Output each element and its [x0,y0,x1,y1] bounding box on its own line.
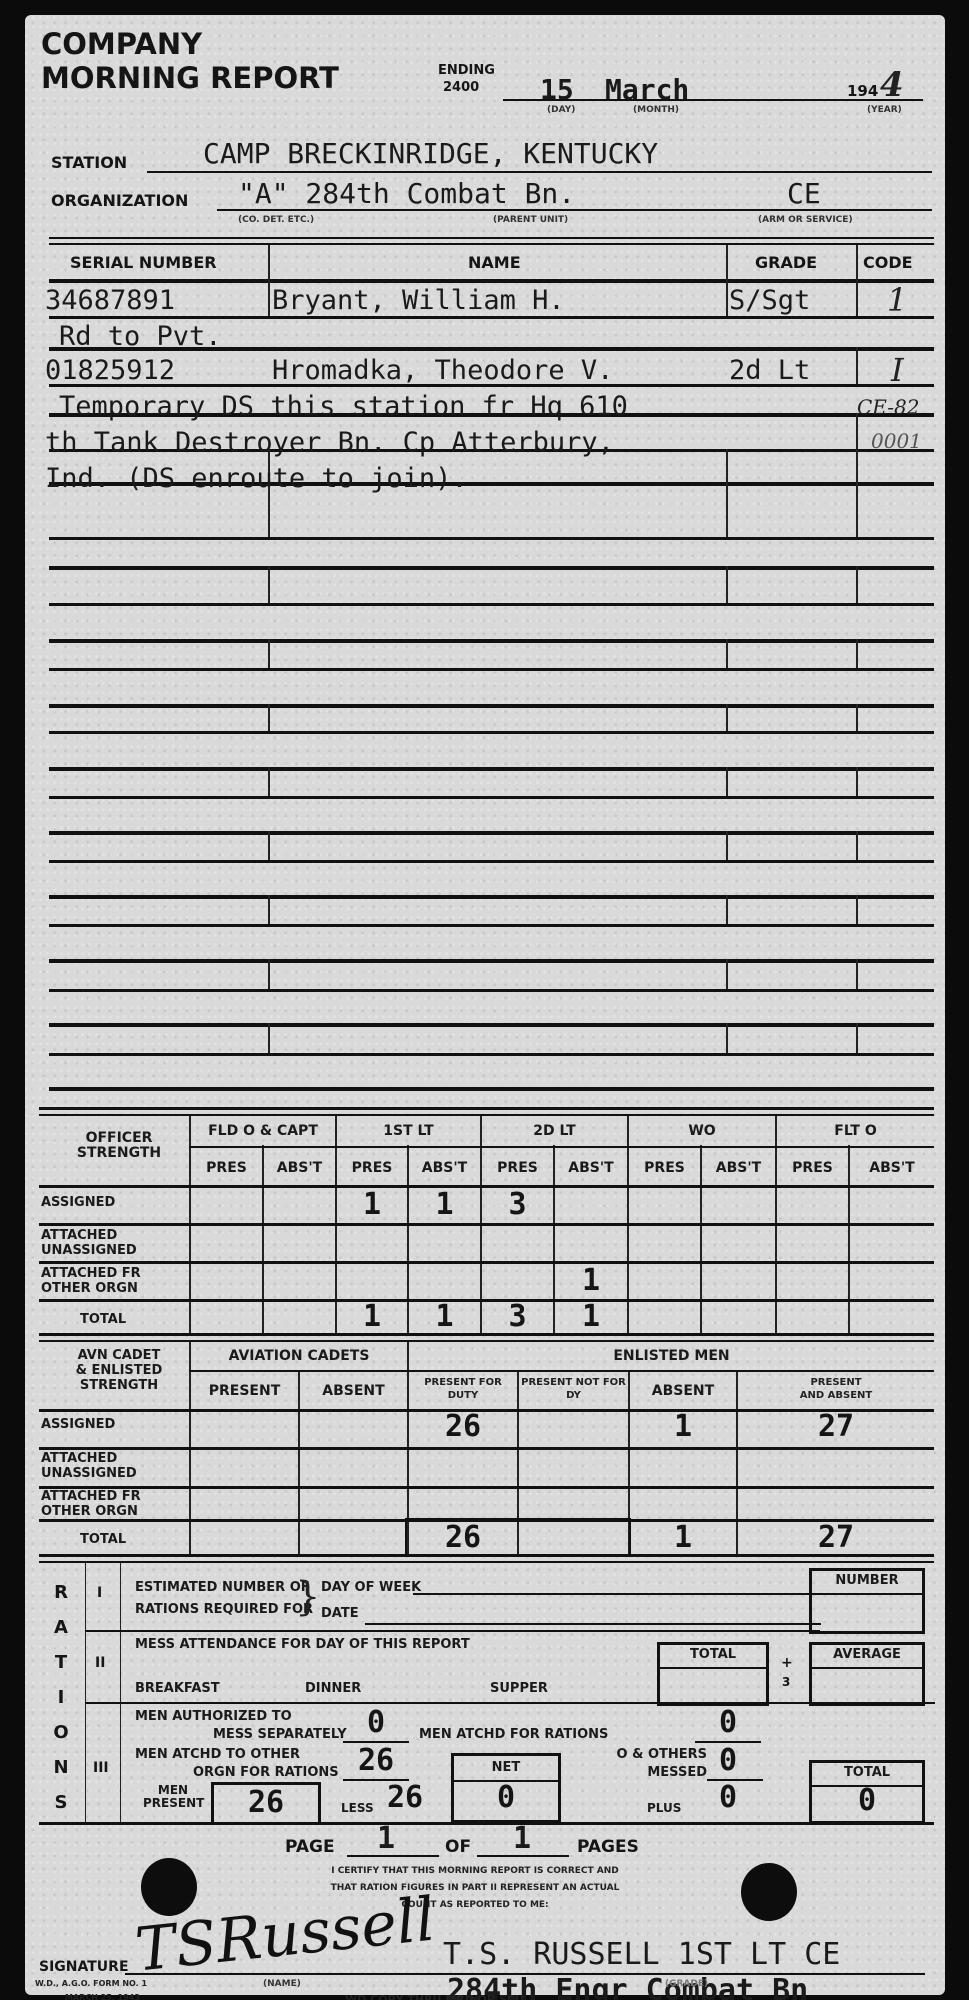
net-label: NET [454,1760,558,1775]
of-label: OF [445,1837,471,1857]
day-of-week-field[interactable] [413,1593,821,1595]
caption-arm: (ARM OR SERVICE) [758,215,853,225]
total-box: TOTAL 0 [809,1760,925,1824]
officer-sub-abst: ABS'T [850,1160,934,1176]
part-iii-label: III [93,1760,109,1776]
of-value: 1 [513,1821,531,1856]
rule [49,704,934,708]
divider [856,245,858,279]
rule [49,566,934,570]
divider [856,639,858,668]
col-cadets-present: PRESENT [191,1383,298,1399]
divider [726,831,728,860]
side-letter: S [51,1785,71,1820]
men-authorized-label-1: MEN AUTHORIZED TO [135,1709,292,1724]
plus-label: PLUS [647,1801,681,1816]
enlisted-assigned-absent: 1 [630,1409,736,1444]
divider [726,704,728,731]
men-present-label: MEN PRESENT [143,1784,203,1810]
entry-2-remark-1: Temporary DS this station fr Hq 610 [59,391,628,422]
group-enlisted-men: ENLISTED MEN [409,1348,934,1364]
divider [856,279,858,316]
divider [726,449,728,537]
divider [856,895,858,924]
year-prefix: 194 [847,82,878,100]
caption-grade: (GRADE) [665,1979,708,1989]
pages-label: PAGES [577,1837,639,1857]
divider [726,1023,728,1053]
rations-top-rule [39,1561,934,1563]
rule [49,860,934,863]
station-value: CAMP BRECKINRIDGE, KENTUCKY [203,137,658,170]
enlisted-title-2: & ENLISTED [49,1363,189,1378]
rule [49,1087,934,1091]
officer-attached-2dlt-abst: 1 [555,1263,627,1298]
certify-line-1: I CERTIFY THAT THIS MORNING REPORT IS CO… [225,1863,725,1880]
divider [726,279,728,316]
officer-assigned-2dlt-pres: 3 [482,1187,553,1222]
entry-2-name: Hromadka, Theodore V. [272,355,613,386]
rule [39,1447,934,1450]
o-others-value: 0 [695,1743,761,1778]
divider [726,767,728,796]
men-present-value: 26 [214,1785,318,1820]
officer-group-fld-capt: FLD O & CAPT [191,1123,335,1139]
officer-row-assigned: ASSIGNED [41,1195,115,1210]
rule [49,959,934,963]
dinner-label: DINNER [305,1681,361,1696]
net-value: 0 [454,1780,558,1815]
divider [856,831,858,860]
men-authorized-value: 0 [343,1705,409,1740]
entry-2-code: I [891,351,904,389]
officer-assigned-1stlt-pres: 1 [337,1187,407,1222]
brace-icon: } [295,1573,320,1621]
entry-1-code: 1 [887,281,907,319]
officer-total-2dlt-abst: 1 [555,1299,627,1334]
officer-sub-abst: ABS'T [555,1160,627,1176]
mess-attendance-label: MESS ATTENDANCE FOR DAY OF THIS REPORT [135,1637,470,1652]
enlisted-total-present-duty: 26 [409,1520,517,1555]
average-box[interactable]: AVERAGE [809,1642,925,1706]
side-letter: A [51,1610,71,1645]
plus-sign: + [781,1655,793,1671]
number-box[interactable]: NUMBER [809,1568,925,1634]
supper-label: SUPPER [490,1681,548,1696]
header-serial-number: SERIAL NUMBER [70,253,217,272]
entries-top-rule-2 [49,243,934,245]
rule [189,1146,934,1148]
rule [49,831,934,835]
o-others-label-1: O & OTHERS [597,1747,707,1762]
rule [49,603,934,606]
date-field[interactable] [365,1623,821,1625]
officer-group-wo: WO [629,1123,775,1139]
enlisted-assigned-present-duty: 26 [409,1409,517,1444]
side-letter: T [51,1645,71,1680]
rule [49,279,934,283]
wd-copy-note: WD COPY THRU MRU OR SCU [345,1993,524,2000]
certify-line-2: THAT RATION FIGURES IN PART II REPRESENT… [225,1880,725,1897]
side-letter: O [51,1715,71,1750]
page-value: 1 [377,1821,395,1856]
enlisted-top-rule [39,1340,934,1342]
form-title-line1: COMPANY [41,27,202,61]
total-box-label: TOTAL [812,1765,922,1780]
officer-total-2dlt-pres: 3 [482,1299,553,1334]
estimated-number-label-2: RATIONS REQUIRED FOR [135,1602,313,1617]
officer-total-1stlt-pres: 1 [337,1299,407,1334]
officer-strength-title-1: OFFICER [49,1131,189,1146]
enlisted-total-absent: 1 [630,1520,736,1555]
men-atchd-other-value: 26 [343,1743,409,1778]
divider [268,566,270,603]
rule [189,1370,934,1372]
divider [856,347,858,384]
rule [812,1593,922,1595]
rule [39,1261,934,1264]
divider [268,959,270,989]
day-of-week-label: DAY OF WEEK [321,1580,421,1595]
rule [49,767,934,771]
rule [49,731,934,734]
header-grade: GRADE [755,253,817,272]
men-atchd-other-label-1: MEN ATCHD TO OTHER [135,1747,300,1762]
caption-year: (YEAR) [867,105,902,115]
entry-1-name: Bryant, William H. [272,285,565,316]
caption-parent: (PARENT UNIT) [493,215,568,225]
enlisted-title-3: STRENGTH [49,1378,189,1393]
divider [268,279,270,316]
rule [85,1630,820,1632]
officer-total-1stlt-abst: 1 [409,1299,480,1334]
officer-row-total: TOTAL [80,1312,126,1327]
col-enlisted-absent: ABSENT [630,1383,736,1399]
entry-2-code-note-2: 0001 [871,429,922,453]
divider [268,767,270,796]
rule [660,1667,766,1669]
officer-top-rule [39,1107,934,1110]
entry-1-remark: Rd to Pvt. [59,321,222,352]
side-letter: N [51,1750,71,1785]
divider [726,895,728,924]
caption-month: (MONTH) [633,105,679,115]
rule [49,989,934,992]
entry-2-code-note-1: CE-82 [857,395,919,419]
less-label: LESS [341,1801,374,1816]
officer-sub-abst: ABS'T [702,1160,775,1176]
breakfast-label: BREAKFAST [135,1681,220,1696]
divider [268,639,270,668]
col-present-not-for-duty: PRESENT NOT FOR DY [519,1376,628,1402]
organization-label: ORGANIZATION [51,191,188,210]
header-name: NAME [468,253,521,272]
divider [856,566,858,603]
officer-group-2d-lt: 2D LT [482,1123,627,1139]
divider [726,639,728,668]
officer-top-rule-2 [39,1114,934,1116]
entry-2-serial: 01825912 [45,355,175,386]
rule [49,895,934,899]
officer-assigned-1stlt-abst: 1 [409,1187,480,1222]
plus-value: 0 [695,1780,761,1815]
divider [856,767,858,796]
divider [726,959,728,989]
caption-day: (DAY) [547,105,575,115]
divider [856,704,858,731]
part-ii-label: II [95,1655,105,1671]
form-title-line2: MORNING REPORT [41,61,339,95]
average-label: AVERAGE [812,1647,922,1662]
officer-sub-pres: PRES [482,1160,553,1176]
divider [268,1023,270,1053]
entry-1-serial: 34687891 [45,285,175,316]
form-number: W.D., A.G.O. FORM NO. 1 [35,1979,147,1988]
ending-label: ENDING [438,63,495,78]
number-label: NUMBER [812,1573,922,1588]
officer-sub-pres: PRES [191,1160,262,1176]
caption-co: (CO. DET. ETC.) [238,215,314,225]
col-present-and-absent: PRESENT AND ABSENT [738,1376,934,1402]
divider [726,245,728,279]
signature-label: SIGNATURE [39,1959,129,1975]
estimated-number-label-1: ESTIMATED NUMBER OF [135,1580,310,1595]
divider [856,959,858,989]
signer-typed-name: T.S. RUSSELL 1ST LT CE [443,1937,840,1972]
o-others-label-2: MESSED [597,1765,707,1780]
enlisted-row-attached-fr-other: ATTACHED FR OTHER ORGN [41,1489,161,1519]
punch-hole-right [741,1863,797,1921]
rule [49,316,934,319]
rule [39,1223,934,1226]
officer-sub-pres: PRES [337,1160,407,1176]
arm-service-value: CE [787,177,821,210]
officer-sub-abst: ABS'T [264,1160,335,1176]
mess-total-box[interactable]: TOTAL [657,1642,769,1706]
rule [49,668,934,671]
enlisted-title-1: AVN CADET [49,1348,189,1363]
entry-1-grade: S/Sgt [729,285,810,316]
mess-total-label: TOTAL [660,1647,766,1662]
officer-group-flt-o: FLT O [777,1123,934,1139]
officer-group-1st-lt: 1ST LT [337,1123,480,1139]
date-label: DATE [321,1606,359,1621]
report-day: 15 [540,73,574,106]
officer-sub-abst: ABS'T [409,1160,480,1176]
rule [49,924,934,927]
net-box: NET 0 [451,1753,561,1823]
header-code: CODE [863,253,913,272]
entries-top-rule [49,237,934,239]
men-atchd-rations-label: MEN ATCHD FOR RATIONS [419,1727,608,1742]
total-box-value: 0 [812,1783,922,1818]
divider [856,1023,858,1053]
men-atchd-other-label-2: ORGN FOR RATIONS [193,1765,339,1780]
officer-strength-title: OFFICER STRENGTH [49,1131,189,1161]
part-i-label: I [97,1585,102,1601]
col-present-for-duty: PRESENT FOR DUTY [409,1376,517,1402]
officer-sub-pres: PRES [629,1160,700,1176]
year-digit: 4 [880,65,904,105]
rule [85,1702,935,1704]
rule [812,1667,922,1669]
rule [49,1023,934,1027]
rule [49,1053,934,1056]
group-aviation-cadets: AVIATION CADETS [191,1348,407,1364]
rule [49,796,934,799]
punch-hole-left [141,1858,197,1916]
officer-strength-title-2: STRENGTH [49,1146,189,1161]
col-cadets-absent: ABSENT [300,1383,407,1399]
divider [268,245,270,279]
morning-report-form: COMPANY MORNING REPORT ENDING 2400 15 Ma… [25,15,945,1995]
divider [268,704,270,731]
enlisted-row-assigned: ASSIGNED [41,1417,115,1432]
caption-name: (NAME) [263,1979,301,1989]
entry-2-grade: 2d Lt [729,355,810,386]
enlisted-row-attached-unassigned: ATTACHED UNASSIGNED [41,1451,151,1481]
divider [856,449,858,537]
enlisted-assigned-present-absent: 27 [738,1409,934,1444]
less-value: 26 [375,1780,435,1815]
men-authorized-label-2: MESS SEPARATELY [213,1727,347,1742]
side-letter: I [51,1680,71,1715]
rule [49,639,934,643]
officer-sub-pres: PRES [777,1160,848,1176]
divider [85,1563,86,1822]
officer-row-attached-fr-other: ATTACHED FR OTHER ORGN [41,1266,161,1296]
divider [268,895,270,924]
men-present-label-2: PRESENT [143,1797,203,1810]
men-present-box: 26 [211,1782,321,1823]
rations-side-label: R A T I O N S [51,1575,71,1820]
divider [268,831,270,860]
organization-value: "A" 284th Combat Bn. [238,177,575,210]
report-month: March [605,73,689,106]
officer-row-attached-unassigned: ATTACHED UNASSIGNED [41,1228,151,1258]
enlisted-strength-title: AVN CADET & ENLISTED STRENGTH [49,1348,189,1393]
rule [49,537,934,540]
divide-by-3: 3 [782,1675,790,1689]
divider [120,1563,121,1822]
page-label: PAGE [285,1837,335,1857]
men-atchd-rations-value: 0 [695,1705,761,1740]
rule [39,1486,934,1489]
form-date: MARCH 25, 1943 [65,1993,140,2000]
entry-2-remark-2: th Tank Destroyer Bn. Cp Atterbury, [45,427,614,458]
side-letter: R [51,1575,71,1610]
station-label: STATION [51,153,127,172]
enlisted-row-total: TOTAL [80,1532,126,1547]
entry-2-remark-3: Ind. (DS enroute to join). [45,463,468,494]
station-underline [147,171,932,173]
divider [726,566,728,603]
enlisted-total-present-absent: 27 [738,1520,934,1555]
ending-time: 2400 [443,80,479,95]
